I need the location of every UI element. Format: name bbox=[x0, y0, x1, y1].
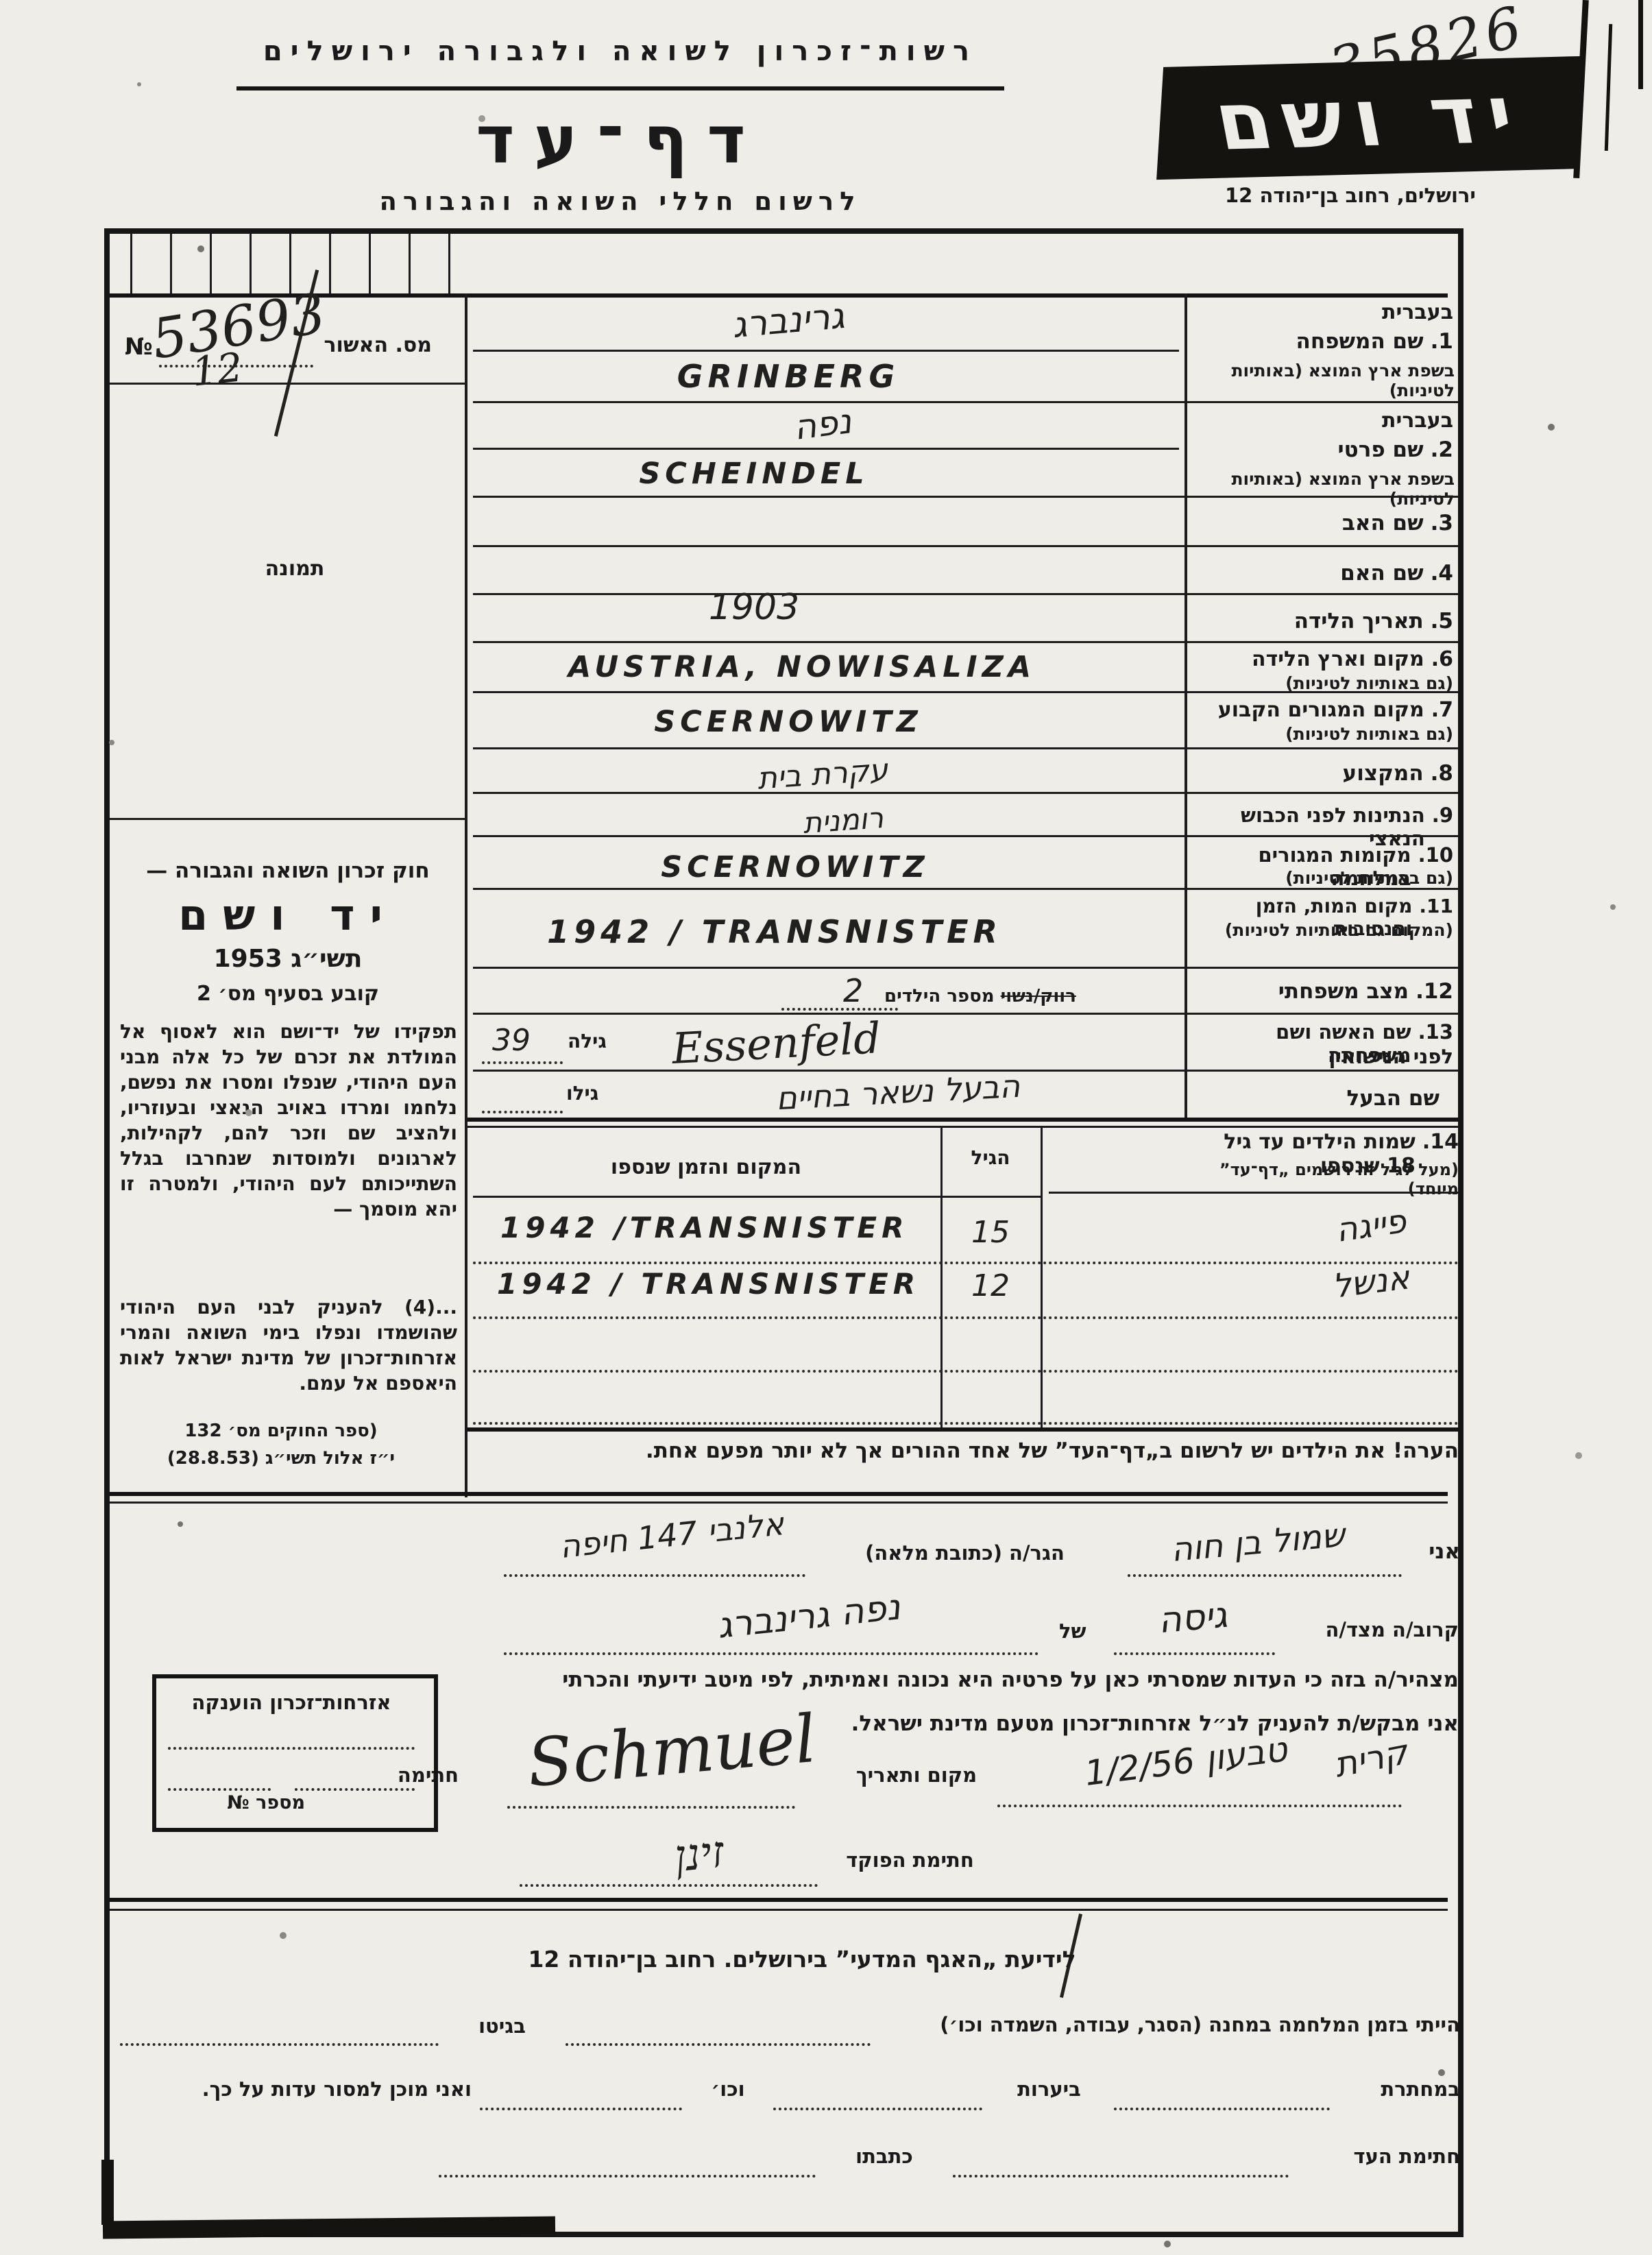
table-row-line bbox=[473, 1316, 1459, 1319]
field4-label: 4. שם האם bbox=[1193, 561, 1453, 586]
declaration-divider bbox=[110, 1492, 1448, 1496]
form-subtitle: לרשום חללי השואה והגבורה bbox=[226, 186, 1015, 216]
signature-blank bbox=[507, 1806, 795, 1809]
field3-label-text: שם האב bbox=[1342, 511, 1424, 535]
entry-line bbox=[473, 641, 1459, 643]
child2-age-entry: 12 bbox=[947, 1268, 1034, 1303]
left-column-divider bbox=[465, 293, 467, 1497]
scan-edge-streak bbox=[1638, 0, 1643, 89]
scan-noise bbox=[137, 82, 141, 86]
entry-line bbox=[473, 448, 1179, 450]
logo-address: ירושלים, רחוב בן־יהודה 12 bbox=[1131, 184, 1570, 207]
husband-name-label: שם הבעל bbox=[1193, 1086, 1440, 1111]
forests-blank bbox=[773, 2108, 982, 2110]
field5-label: 5. תאריך הלידה bbox=[1193, 609, 1453, 634]
field1-label: 1. שם המשפחה bbox=[1193, 329, 1453, 354]
witness-address-label: כתבתו bbox=[826, 2145, 943, 2168]
entry-line bbox=[473, 401, 1459, 403]
field6-label-text: מקום וארץ הלידה bbox=[1252, 647, 1424, 671]
entry-line bbox=[473, 545, 1459, 547]
children-count-label: מספר הילדים bbox=[884, 986, 995, 1006]
forests-label: ביערות bbox=[993, 2077, 1106, 2101]
birthdate-entry: 1903 bbox=[651, 587, 857, 628]
field1-hebrew-label: בעברית bbox=[1193, 300, 1453, 324]
husband-age-label: גילו bbox=[566, 1082, 598, 1105]
declaration-divider-thin bbox=[110, 1502, 1448, 1504]
field5-number: 5. bbox=[1431, 609, 1453, 634]
surname-latin-entry: GRINBERG bbox=[583, 358, 994, 395]
stamp-box-blank1 bbox=[168, 1747, 415, 1750]
field4-label-text: שם האם bbox=[1340, 561, 1423, 586]
camp-blank bbox=[566, 2043, 871, 2046]
grid-cell-divider bbox=[448, 234, 450, 294]
entry-line bbox=[473, 835, 1459, 837]
field7-label-text: מקום המגורים הקבוע bbox=[1218, 698, 1424, 722]
authority-underline bbox=[236, 86, 1004, 91]
table-row-line bbox=[473, 1262, 1459, 1264]
grid-cell-divider bbox=[250, 234, 252, 294]
marital-status-options: רווק/נשוי bbox=[1001, 986, 1076, 1006]
witness-address-blank bbox=[439, 2175, 816, 2178]
etc-blank bbox=[480, 2108, 682, 2110]
photo-label: תמונה bbox=[226, 557, 363, 581]
field4-number: 4. bbox=[1431, 561, 1453, 586]
yad-vashem-logo-text: יד ושם bbox=[1208, 68, 1532, 168]
residing-label: הגר/ה (כתובת מלאה) bbox=[812, 1541, 1117, 1565]
field12-label: 12. מצב משפחתי bbox=[1193, 979, 1453, 1004]
bottom-section-divider-thin bbox=[110, 1909, 1448, 1911]
underground-blank bbox=[1114, 2108, 1330, 2110]
field6-number: 6. bbox=[1431, 647, 1453, 671]
entry-line bbox=[473, 967, 1459, 969]
table-header-line bbox=[473, 1196, 1041, 1198]
child1-place-entry: 1942 /TRANSNISTER bbox=[500, 1211, 939, 1244]
page-of-testimony-scan: רשות־זכרון לשואה ולגבורה ירושלים דף־עד ל… bbox=[0, 0, 1652, 2255]
field1-sublabel: בשפת ארץ המוצא (באותיות לטיניות) bbox=[1191, 361, 1455, 400]
field6-sublabel: (גם באותיות לטיניות) bbox=[1193, 673, 1453, 693]
relative-label: קרוב/ה מצד/ה bbox=[1282, 1618, 1459, 1641]
age-column-header: הגיל bbox=[943, 1146, 1038, 1169]
witness-signature-blank bbox=[953, 2175, 1289, 2178]
firstname-latin-entry: SCHEINDEL bbox=[562, 457, 946, 491]
children-note: הערה! את הילדים יש לרשום ב„דף־העד” של אח… bbox=[548, 1438, 1459, 1463]
of-label: של bbox=[1059, 1619, 1086, 1643]
field13-sublabel: לפני הנישואין bbox=[1193, 1045, 1453, 1068]
field1-number: 1. bbox=[1431, 329, 1453, 354]
field8-number: 8. bbox=[1431, 761, 1453, 786]
approval-row-line bbox=[110, 383, 465, 385]
declaration-statement1: מצהיר/ה בזה כי העדות שמסרתי כאן על פרטיה… bbox=[480, 1667, 1459, 1692]
official-signature-label: חתימת הפוקד bbox=[829, 1848, 991, 1872]
authority-line: רשות־זכרון לשואה ולגבורה ירושלים bbox=[226, 36, 1015, 67]
field8-label-text: המקצוע bbox=[1343, 761, 1424, 786]
law-name: יד ושם bbox=[120, 890, 456, 940]
grid-cell-divider bbox=[130, 234, 132, 294]
section-divider-thin bbox=[467, 1126, 1459, 1128]
field2-hebrew-label: בעברית bbox=[1193, 409, 1453, 433]
field7-label: 7. מקום המגורים הקבוע bbox=[1193, 698, 1453, 722]
wife-age-entry: 39 bbox=[492, 1023, 531, 1058]
field2-sublabel: בשפת ארץ המוצא (באותיות לטיניות) bbox=[1191, 469, 1455, 509]
stamp-numero-sign: № bbox=[227, 1792, 249, 1813]
field10-sublabel: (גם באותיות לטיניות) bbox=[1193, 868, 1453, 888]
wife-age-label: גילה bbox=[568, 1030, 607, 1052]
stamp-box-blank3 bbox=[295, 1788, 415, 1791]
field8-label: 8. המקצוע bbox=[1193, 761, 1453, 786]
entry-line bbox=[473, 747, 1459, 749]
stamp-box-blank2 bbox=[168, 1788, 271, 1791]
numero-sign: № bbox=[125, 333, 153, 361]
field2-label: 2. שם פרטי bbox=[1193, 437, 1453, 462]
husband-age-blank bbox=[482, 1111, 563, 1113]
table-divider-age-right bbox=[1041, 1128, 1043, 1427]
field3-label: 3. שם האב bbox=[1193, 511, 1453, 535]
bottom-title: לידיעת „האגף המדעי” בירושלים. רחוב בן־יה… bbox=[425, 1946, 1179, 1973]
entry-line bbox=[473, 888, 1459, 890]
field7-sublabel: (גם באותיות לטיניות) bbox=[1193, 724, 1453, 744]
address-blank bbox=[504, 1574, 805, 1577]
birthplace-entry: AUSTRIA, NOWISALIZA bbox=[480, 650, 1124, 684]
law-year: תשי״ג 1953 bbox=[120, 945, 456, 973]
table-row-line bbox=[473, 1370, 1459, 1373]
table-bottom-line bbox=[467, 1427, 1459, 1432]
residence-entry: SCERNOWITZ bbox=[596, 705, 980, 739]
children-count-blank bbox=[781, 1008, 898, 1011]
law-clause-intro: קובע בסעיף מס׳ 2 bbox=[120, 982, 456, 1006]
grid-cell-divider bbox=[170, 234, 172, 294]
child1-age-entry: 15 bbox=[947, 1215, 1034, 1250]
field11-sublabel: (המקום גם באותיות לטיניות) bbox=[1193, 920, 1453, 940]
place-date-blank bbox=[997, 1805, 1402, 1807]
label-column-divider bbox=[1185, 293, 1187, 1120]
table-header-line-names bbox=[1049, 1192, 1459, 1194]
scan-blotch bbox=[101, 2160, 114, 2225]
law-ref-book: (ספר החוקים מס׳ 132 bbox=[120, 1421, 442, 1441]
field6-label: 6. מקום וארץ הלידה bbox=[1193, 647, 1453, 671]
section-divider-heavy bbox=[467, 1118, 1459, 1122]
entry-line bbox=[473, 691, 1459, 693]
photo-area-bottom-line bbox=[110, 818, 465, 820]
stamp-number-label: מספר bbox=[256, 1792, 305, 1813]
field1-label-text: שם המשפחה bbox=[1296, 329, 1424, 354]
place-column-header: המקום והזמן שנספו bbox=[473, 1155, 939, 1179]
grid-cell-divider bbox=[210, 234, 212, 294]
death-place-entry: 1942 / TRANSNISTER bbox=[480, 913, 1069, 950]
entry-line bbox=[473, 792, 1459, 794]
field2-label-text: שם פרטי bbox=[1338, 437, 1424, 462]
entry-line bbox=[473, 593, 1459, 595]
law-body-text: תפקידו של יד־ושם הוא לאסוף אל המולדת את … bbox=[120, 1019, 457, 1222]
ghetto-blank bbox=[120, 2043, 439, 2046]
etc-label: וכו׳ bbox=[694, 2077, 762, 2101]
bottom-section-divider bbox=[110, 1898, 1448, 1902]
official-signature-blank bbox=[520, 1884, 818, 1887]
declarant-name-blank bbox=[1128, 1574, 1402, 1577]
field2-number: 2. bbox=[1431, 437, 1453, 462]
wife-age-blank bbox=[482, 1061, 563, 1064]
children-count-entry: 2 bbox=[843, 972, 863, 1009]
field3-number: 3. bbox=[1431, 511, 1453, 535]
ghetto-label: בגיטו bbox=[449, 2014, 555, 2038]
approval-number-handwritten-sub: 12 bbox=[190, 343, 245, 395]
wartime-residence-entry: SCERNOWITZ bbox=[603, 850, 987, 884]
stamp-box-title: אזרחות־זכרון הוענקה bbox=[161, 1691, 422, 1714]
of-name-blank bbox=[504, 1652, 1038, 1655]
form-title: דף־עד bbox=[226, 101, 1015, 178]
entry-line bbox=[473, 350, 1179, 352]
stamp-box-number-row: מספר № bbox=[168, 1792, 305, 1813]
yad-vashem-logo: יד ושם bbox=[1156, 56, 1583, 180]
relation-blank bbox=[1114, 1652, 1275, 1655]
marital-status-printed: רווק/נשוי מספר הילדים bbox=[884, 986, 1090, 1006]
testify-label: ואני מוכן למסור עדות על כך. bbox=[115, 2077, 472, 2101]
camp-question-label: הייתי בזמן המלחמה במחנה (הסגר, עבודה, הש… bbox=[881, 2013, 1460, 2036]
field12-number: 12. bbox=[1416, 979, 1453, 1004]
table-row-line bbox=[473, 1422, 1459, 1425]
field7-number: 7. bbox=[1431, 698, 1453, 722]
field12-label-text: מצב משפחתי bbox=[1278, 979, 1409, 1004]
witness-signature-label: חתימת העד bbox=[1306, 2145, 1460, 2168]
underground-label: במחתרת bbox=[1337, 2077, 1460, 2101]
law-ref-date: י״ז אלול תשי״ג (28.8.53) bbox=[120, 1448, 442, 1469]
entry-line bbox=[473, 496, 1459, 498]
field5-label-text: תאריך הלידה bbox=[1294, 609, 1424, 634]
scan-edge-streak bbox=[1605, 24, 1612, 151]
child2-place-entry: 1942 / TRANSNISTER bbox=[497, 1267, 949, 1301]
law-clause4-text: ...(4) להעניק לבני העם היהודי שהושמדו ונ… bbox=[120, 1294, 457, 1396]
law-heading: חוק זכרון השואה והגבורה — bbox=[120, 858, 456, 883]
